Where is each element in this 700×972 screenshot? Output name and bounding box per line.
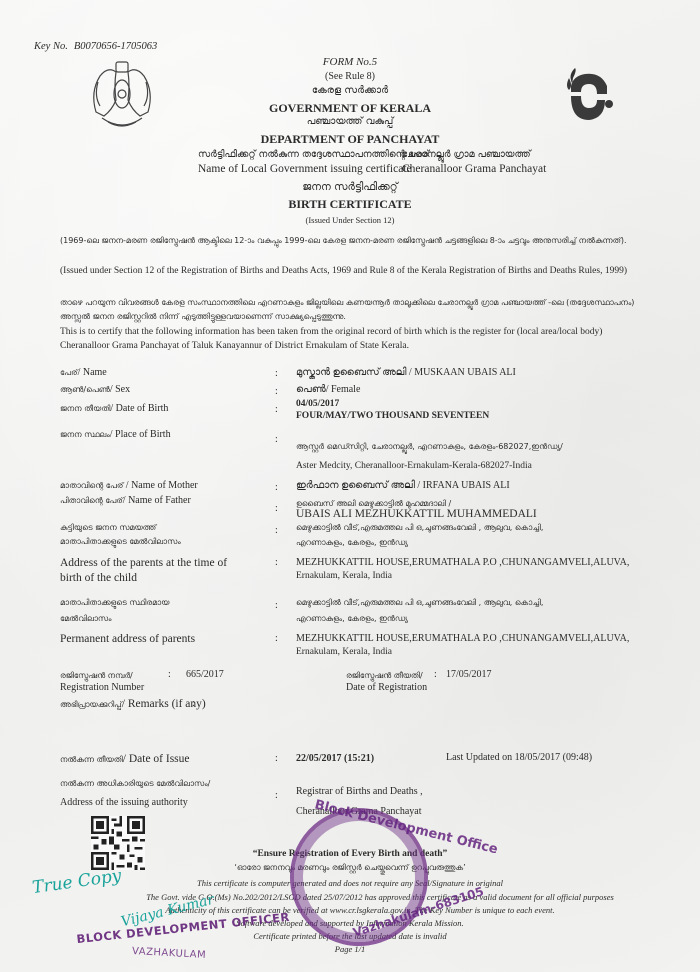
birth-address-label-ml-2: മാതാപിതാക്കളുടെ മേൽവിലാസം	[60, 535, 181, 549]
local-gov-value-ml: ചേരാനല്ലൂർ ഗ്രാമ പഞ്ചായത്ത്	[402, 149, 531, 160]
remarks-label: അഭിപ്രായക്കുറിപ്പ്/ Remarks (if any)	[60, 697, 206, 712]
act-reference: (Issued under Section 12 of the Registra…	[60, 264, 650, 278]
reg-date-value: 17/05/2017	[446, 669, 492, 680]
authority-label: Address of the issuing authority	[60, 796, 188, 810]
see-rule: (See Rule 8)	[0, 71, 700, 82]
issue-date-value: 22/05/2017 (15:21)	[296, 752, 374, 765]
name-label: പേര്/ Name	[60, 366, 107, 380]
birth-address-label: Address of the parents at the time of	[60, 556, 227, 570]
pob-label: ജനന സ്ഥലം/ Place of Birth	[60, 428, 171, 442]
pob-value-ml: ആസ്റ്റർ മെഡ്സിറ്റി, ചേരാനല്ലൂർ, എറണാകുളം…	[296, 440, 563, 453]
department-ml: പഞ്ചായത്ത് വകുപ്പ്	[0, 116, 700, 127]
colon: :	[275, 753, 278, 764]
colon: :	[275, 525, 278, 536]
birth-address-value-ml-2: എറണാകുളം, കേരളം, ഇൻഡ്യ	[296, 536, 408, 549]
local-gov-value: Cheranalloor Grama Panchayat	[402, 163, 546, 175]
perm-address-label-ml-2: മേൽവിലാസം	[60, 612, 111, 626]
colon: :	[275, 386, 278, 397]
birth-address-value-ml: മെഴുക്കാട്ടിൽ വീട്,എരുമത്തല പി ഒ,ചുണങ്ങം…	[296, 521, 543, 534]
perm-address-value-ml-2: എറണാകുളം, കേരളം, ഇൻഡ്യ	[296, 612, 408, 625]
name-value: മുസ്കാൻ ഉബൈസ് അലി / MUSKAAN UBAIS ALI	[296, 366, 516, 379]
kerala-government-ml: കേരള സർക്കാർ	[0, 85, 700, 96]
authority-value: Registrar of Births and Deaths ,	[296, 785, 423, 798]
certification-statement-ml: താഴെ പറയുന്ന വിവരങ്ങൾ കേരള സംസ്ഥാനത്തിലെ…	[60, 296, 650, 324]
reg-number-value: 665/2017	[186, 669, 224, 680]
key-label: Key No.	[34, 41, 68, 52]
colon: :	[275, 633, 278, 644]
colon: :	[192, 698, 195, 709]
issue-date-label: നൽകുന്ന തീയതി/ Date of Issue	[60, 752, 190, 767]
colon: :	[275, 434, 278, 445]
colon: :	[275, 503, 278, 514]
mother-value: ഇർഫാന ഉബൈസ് അലി / IRFANA UBAIS ALI	[296, 479, 510, 492]
certificate-title-ml: ജനന സർട്ടിഫിക്കറ്റ്	[0, 181, 700, 194]
perm-address-label: Permanent address of parents	[60, 632, 195, 646]
perm-address-value: MEZHUKKATTIL HOUSE,ERUMATHALA P.O ,CHUNA…	[296, 632, 629, 645]
colon: :	[434, 669, 437, 680]
key-number: Key No.B0070656-1705063	[34, 41, 157, 52]
pob-value: Aster Medcity, Cheranalloor-Ernakulam-Ke…	[296, 460, 532, 473]
dob-words: FOUR/MAY/TWO THOUSAND SEVENTEEN	[296, 410, 489, 423]
colon: :	[275, 368, 278, 379]
government-heading: GOVERNMENT OF KERALA	[0, 101, 700, 116]
colon: :	[275, 482, 278, 493]
key-value: B0070656-1705063	[74, 41, 157, 52]
authority-label-ml: നൽകുന്ന അധികാരിയുടെ മേൽവിലാസം/	[60, 777, 210, 791]
colon: :	[275, 557, 278, 568]
colon: :	[168, 669, 171, 680]
issued-under: (Issued Under Section 12)	[0, 215, 700, 225]
dob-label: ജനന തീയതി/ Date of Birth	[60, 402, 168, 416]
form-number: FORM No.5	[0, 56, 700, 68]
certification-statement: This is to certify that the following in…	[60, 325, 650, 353]
birth-address-label-ml: കുട്ടിയുടെ ജനന സമയത്ത്	[60, 521, 156, 535]
colon: :	[275, 790, 278, 801]
last-updated: Last Updated on 18/05/2017 (09:48)	[446, 752, 592, 763]
local-gov-label: Name of Local Government issuing certifi…	[198, 163, 412, 175]
reg-date-label: Date of Registration	[346, 681, 427, 695]
reg-number-label: Registration Number	[60, 681, 144, 695]
qr-code-icon[interactable]	[91, 816, 145, 870]
colon: :	[275, 404, 278, 415]
perm-address-label-ml: മാതാപിതാക്കളുടെ സ്ഥിരമായ	[60, 596, 169, 610]
department-heading: DEPARTMENT OF PANCHAYAT	[0, 132, 700, 147]
sex-label: ആൺ/പെൺ/ Sex	[60, 383, 130, 397]
perm-address-value-ml: മെഴുക്കാട്ടിൽ വീട്,എരുമത്തല പി ഒ,ചുണങ്ങം…	[296, 596, 543, 609]
sex-value: പെൺ/ Female	[296, 383, 360, 396]
perm-address-value-2: Ernakulam, Kerala, India	[296, 646, 392, 659]
father-value: UBAIS ALI MEZHUKKATTIL MUHAMMEDALI	[296, 508, 537, 521]
mother-label: മാതാവിന്റെ പേര് / Name of Mother	[60, 479, 198, 493]
local-gov-label-ml: സർട്ടിഫിക്കറ്റ് നൽകുന്ന തദ്ദേശസ്ഥാപനത്തി…	[198, 149, 429, 160]
act-reference-ml: (1969-ലെ ജനന-മരണ രജിസ്ട്രേഷൻ ആക്ടിലെ 12-…	[60, 234, 650, 248]
birth-address-value: MEZHUKKATTIL HOUSE,ERUMATHALA P.O ,CHUNA…	[296, 556, 629, 569]
birth-address-value-2: Ernakulam, Kerala, India	[296, 570, 392, 583]
father-label: പിതാവിന്റെ പേര്/ Name of Father	[60, 494, 191, 508]
colon: :	[275, 600, 278, 611]
certificate-title: BIRTH CERTIFICATE	[0, 197, 700, 212]
birth-address-label-2: birth of the child	[60, 571, 137, 585]
